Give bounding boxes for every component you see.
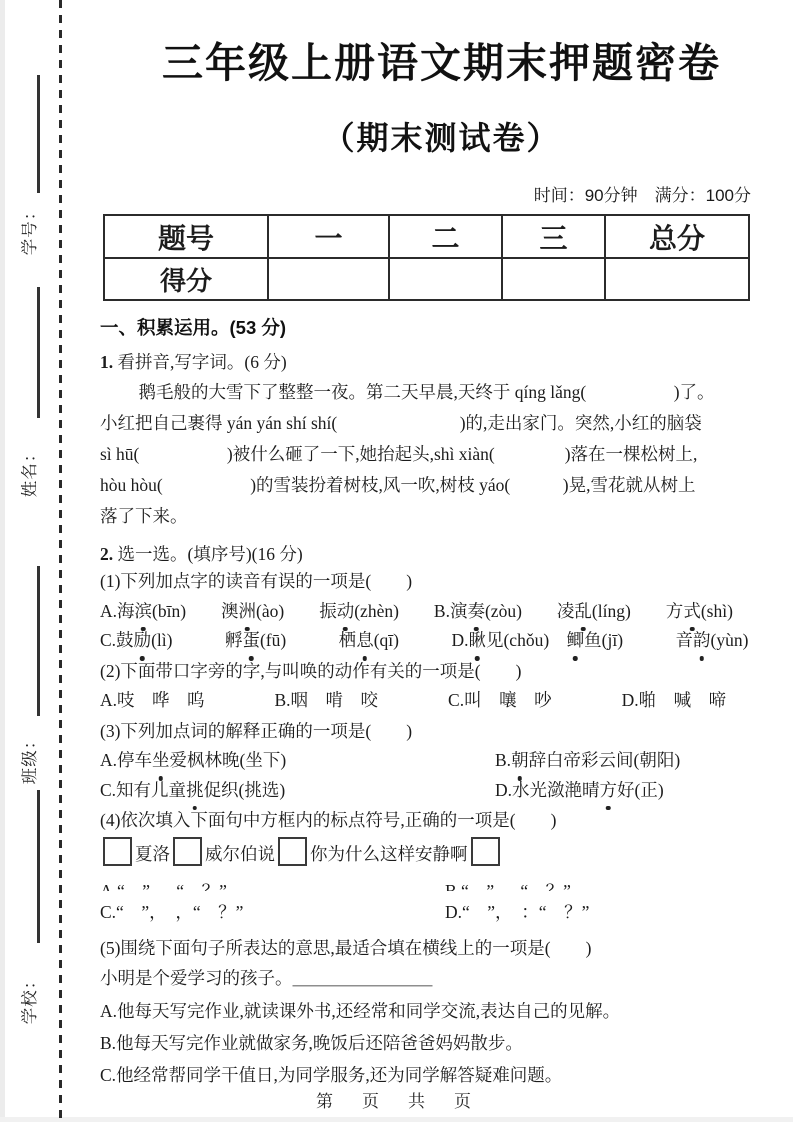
school-label: 学校：	[16, 943, 40, 1053]
scan-edge-bottom	[0, 1117, 793, 1122]
emphasized-char: 方	[600, 776, 618, 806]
name-blank-line	[37, 287, 40, 418]
score-table-header-cell: 三	[502, 215, 605, 258]
student-id-label: 学号：	[16, 174, 40, 284]
punctuation-box	[103, 837, 132, 866]
q2-sub2-options-row: A.吱 哗 呜 B.咽 啃 咬 C.叫 嚷 吵 D.啪 喊 啼	[100, 686, 783, 716]
emphasized-char: 朝	[511, 746, 529, 776]
option-item: A.停车坐爱枫林晚(坐下)	[100, 746, 495, 776]
emphasized-char: 韵	[693, 626, 711, 656]
q2-sub3-options-row: C.知有儿童挑促织(挑选) D.水光潋滟晴方好(正)	[100, 776, 783, 806]
passage-line: 鹅毛般的大雪下了整整一夜。第二天早晨,天终于 qíng lǎng( )了。	[100, 377, 783, 408]
q2-sub3-heading: (3)下列加点词的解释正确的一项是( )	[100, 717, 783, 747]
emphasized-char: 坐	[152, 746, 170, 776]
page-subtitle: （期末测试卷）	[100, 113, 783, 159]
score-table-header-cell: 题号	[104, 215, 268, 258]
emphasized-char: 滨	[135, 597, 153, 627]
q2-sub4-options-row-clipped: A.“ ”， “。？”。 B.“ ”。 “。？”。	[100, 878, 783, 891]
emphasized-char: 挑	[186, 776, 204, 806]
emphasized-char: 息	[356, 626, 374, 656]
exam-main-content: 三年级上册语文期末押题密卷 （期末测试卷） 时间：90分钟 满分：100分 题号…	[100, 20, 783, 1091]
question-2-title-text: 选一选。(填序号)(16 分)	[118, 544, 303, 564]
q2-sub5-stem: 小明是个爱学习的孩子。＿＿＿＿＿＿＿＿	[100, 964, 783, 994]
q2-sub2-heading: (2)下面带口字旁的字,与叫唤的动作有关的一项是( )	[100, 657, 783, 687]
name-label: 姓名：	[16, 416, 40, 526]
page-title: 三年级上册语文期末押题密卷	[100, 30, 783, 89]
page-number-footer: 第 页 共 页	[0, 1087, 793, 1112]
q2-sub3-options-row: A.停车坐爱枫林晚(坐下) B.朝辞白帝彩云间(朝阳)	[100, 746, 783, 776]
passage-line: 落了下来。	[100, 501, 783, 532]
score-row-label: 得分	[104, 258, 268, 300]
question-1-title-text: 看拼音,写字词。(6 分)	[118, 352, 287, 372]
score-table-header-cell: 一	[268, 215, 389, 258]
passage-line: 小红把自己裹得 yán yán shí shí( )的,走出家门。突然,小红的脑…	[100, 408, 783, 439]
question-1-number: 1.	[100, 352, 113, 372]
q2-sub4-options-row: C.“ ”， ，“ ？” D.“ ”， ：“ ？”	[100, 898, 783, 928]
q2-sub4-punctuation-sentence: 夏洛威尔伯说你为什么这样安静啊	[100, 836, 783, 872]
emphasized-char: 洲	[239, 597, 257, 627]
q2-sub1-heading: (1)下列加点字的读音有误的一项是( )	[100, 567, 783, 597]
score-entry-cell	[605, 258, 749, 300]
emphasized-char: 瞅	[468, 626, 486, 656]
question-1-passage: 鹅毛般的大雪下了整整一夜。第二天早晨,天终于 qíng lǎng( )了。 小红…	[100, 377, 783, 532]
binding-dashed-line	[59, 0, 62, 1122]
punctuation-box	[173, 837, 202, 866]
score-table: 题号 一 二 三 总分 得分	[103, 214, 750, 301]
scan-edge-left	[0, 0, 5, 1122]
score-entry-cell	[268, 258, 389, 300]
passage-line: sì hū( )被什么砸了一下,她抬起头,shì xiàn( )落在一棵松树上,	[100, 439, 783, 470]
score-table-header-row: 题号 一 二 三 总分	[104, 215, 749, 258]
option-item: A.“ ”， “。？”。	[100, 878, 445, 891]
exam-time-score-info: 时间：90分钟 满分：100分	[100, 181, 783, 206]
score-table-header-cell: 二	[389, 215, 502, 258]
q2-sub1-options-row: C.鼓励(lì) 孵蛋(fū) 栖息(qī) D.瞅见(chǒu) 鲫鱼(jī)…	[100, 626, 783, 656]
emphasized-char: 蛋	[242, 626, 260, 656]
emphasized-char: 奏	[467, 597, 485, 627]
option-item: B.朝辞白帝彩云间(朝阳)	[495, 746, 680, 776]
emphasized-char: 励	[134, 626, 152, 656]
emphasized-char: 动	[337, 597, 355, 627]
option-item: C.“ ”， ，“ ？”	[100, 898, 445, 928]
option-item: B.“ ”。 “。？”。	[445, 878, 588, 891]
emphasized-char: 式	[683, 597, 701, 627]
emphasized-char: 乱	[574, 597, 592, 627]
option-item: D.“ ”， ：“ ？”	[445, 898, 589, 928]
q2-sub5-option: A.他每天写完作业,就读课外书,还经常和同学交流,表达自己的见解。	[100, 995, 783, 1027]
school-blank-line	[37, 790, 40, 943]
q2-sub5-heading: (5)围绕下面句子所表达的意思,最适合填在横线上的一项是( )	[100, 934, 783, 964]
score-table-header-cell: 总分	[605, 215, 749, 258]
passage-line: hòu hòu( )的雪装扮着树枝,风一吹,树枝 yáo( )晃,雪花就从树上	[100, 470, 783, 501]
question-2-title: 2. 选一选。(填序号)(16 分)	[100, 541, 783, 566]
q2-sub4-heading: (4)依次填入下面句中方框内的标点符号,正确的一项是( )	[100, 806, 783, 836]
emphasized-char: 鲫	[567, 626, 585, 656]
question-1-title: 1. 看拼音,写字词。(6 分)	[100, 349, 783, 374]
q2-sub5-option: B.他每天写完作业就做家务,晚饭后还陪爸爸妈妈散步。	[100, 1027, 783, 1059]
score-table-score-row: 得分	[104, 258, 749, 300]
class-blank-line	[37, 566, 40, 716]
score-entry-cell	[502, 258, 605, 300]
punctuation-box	[278, 837, 307, 866]
question-2-number: 2.	[100, 544, 113, 564]
q2-sub1-options-row: A.海滨(bīn) 澳洲(ào) 振动(zhèn) B.演奏(zòu) 凌乱(l…	[100, 597, 783, 627]
punctuation-box	[471, 837, 500, 866]
score-entry-cell	[389, 258, 502, 300]
section-1-heading: 一、积累运用。(53 分)	[100, 314, 783, 340]
